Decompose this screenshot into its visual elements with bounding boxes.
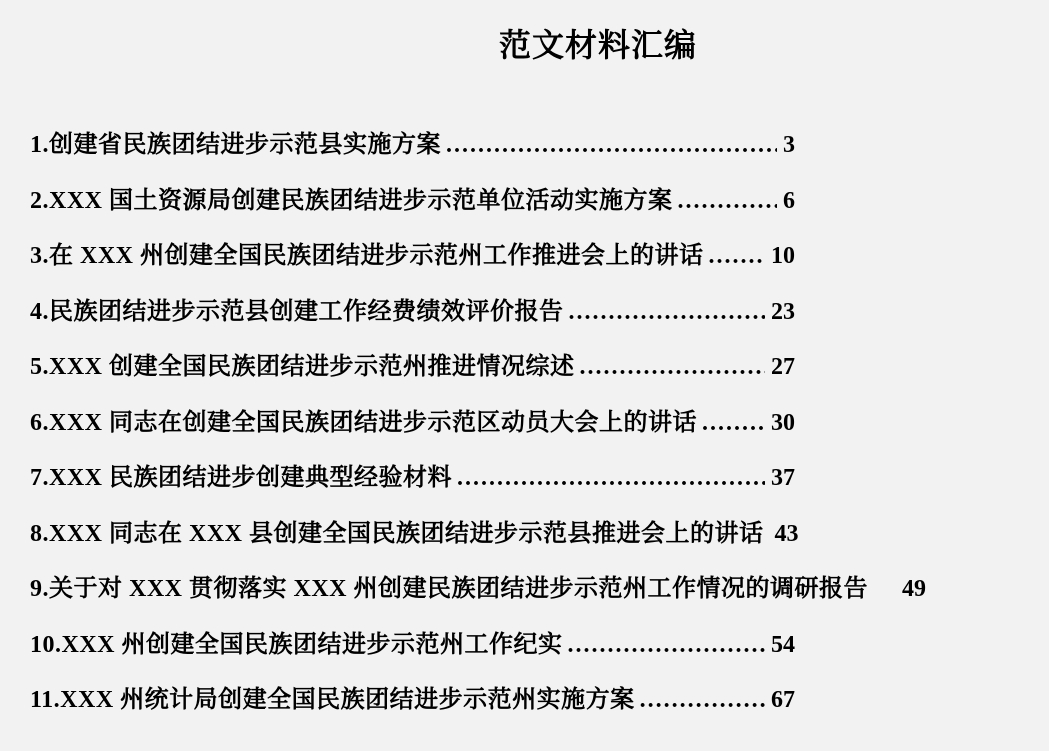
toc-page-number: 54 [765, 618, 795, 674]
toc-dot-leader [673, 174, 778, 230]
toc-page-number: 49 [896, 562, 926, 618]
toc-dot-leader [635, 673, 765, 729]
toc-dot-leader [563, 618, 766, 674]
toc-entry[interactable]: 5.XXX 创建全国民族团结进步示范州推进情况综述 27 [30, 340, 795, 396]
toc-dot-leader [441, 118, 777, 174]
document-page: { "page": { "background_color": "#f2f2f2… [0, 0, 1049, 751]
toc-entry-title: 6.XXX 同志在创建全国民族团结进步示范区动员大会上的讲话 [30, 396, 697, 452]
toc-dot-leader [452, 451, 765, 507]
table-of-contents: 1.创建省民族团结进步示范县实施方案 3 2.XXX 国土资源局创建民族团结进步… [30, 118, 795, 729]
toc-entry[interactable]: 10.XXX 州创建全国民族团结进步示范州工作纪实 54 [30, 618, 795, 674]
toc-entry-title: 11.XXX 州统计局创建全国民族团结进步示范州实施方案 [30, 673, 635, 729]
toc-dot-leader [704, 229, 766, 285]
toc-dot-leader [575, 340, 766, 396]
toc-entry-title: 3.在 XXX 州创建全国民族团结进步示范州工作推进会上的讲话 [30, 229, 704, 285]
toc-page-number: 6 [777, 174, 795, 230]
toc-entry-title: 1.创建省民族团结进步示范县实施方案 [30, 118, 441, 174]
toc-page-number: 3 [777, 118, 795, 174]
toc-entry[interactable]: 4.民族团结进步示范县创建工作经费绩效评价报告 23 [30, 285, 795, 341]
toc-entry[interactable]: 1.创建省民族团结进步示范县实施方案 3 [30, 118, 795, 174]
toc-page-number: 67 [765, 673, 795, 729]
toc-dot-leader [697, 396, 765, 452]
toc-entry-title: 8.XXX 同志在 XXX 县创建全国民族团结进步示范县推进会上的讲话 [30, 507, 764, 563]
document-title: 范文材料汇编 [499, 20, 697, 66]
toc-entry[interactable]: 2.XXX 国土资源局创建民族团结进步示范单位活动实施方案 6 [30, 174, 795, 230]
toc-page-number: 43 [769, 507, 799, 563]
toc-entry-title: 4.民族团结进步示范县创建工作经费绩效评价报告 [30, 285, 564, 341]
toc-entry-title: 2.XXX 国土资源局创建民族团结进步示范单位活动实施方案 [30, 174, 673, 230]
toc-entry[interactable]: 9.关于对 XXX 贯彻落实 XXX 州创建民族团结进步示范州工作情况的调研报告… [30, 562, 795, 618]
toc-entry[interactable]: 6.XXX 同志在创建全国民族团结进步示范区动员大会上的讲话 30 [30, 396, 795, 452]
toc-entry-title: 9.关于对 XXX 贯彻落实 XXX 州创建民族团结进步示范州工作情况的调研报告 [30, 562, 868, 618]
toc-entry-title: 10.XXX 州创建全国民族团结进步示范州工作纪实 [30, 618, 563, 674]
toc-page-number: 37 [765, 451, 795, 507]
toc-entry[interactable]: 7.XXX 民族团结进步创建典型经验材料 37 [30, 451, 795, 507]
toc-entry[interactable]: 8.XXX 同志在 XXX 县创建全国民族团结进步示范县推进会上的讲话 43 [30, 507, 795, 563]
toc-page-number: 10 [765, 229, 795, 285]
toc-entry-title: 5.XXX 创建全国民族团结进步示范州推进情况综述 [30, 340, 575, 396]
toc-page-number: 23 [765, 285, 795, 341]
toc-entry[interactable]: 3.在 XXX 州创建全国民族团结进步示范州工作推进会上的讲话 10 [30, 229, 795, 285]
toc-page-number: 30 [765, 396, 795, 452]
toc-page-number: 27 [765, 340, 795, 396]
toc-entry-title: 7.XXX 民族团结进步创建典型经验材料 [30, 451, 452, 507]
toc-entry[interactable]: 11.XXX 州统计局创建全国民族团结进步示范州实施方案 67 [30, 673, 795, 729]
toc-dot-leader [564, 285, 766, 341]
